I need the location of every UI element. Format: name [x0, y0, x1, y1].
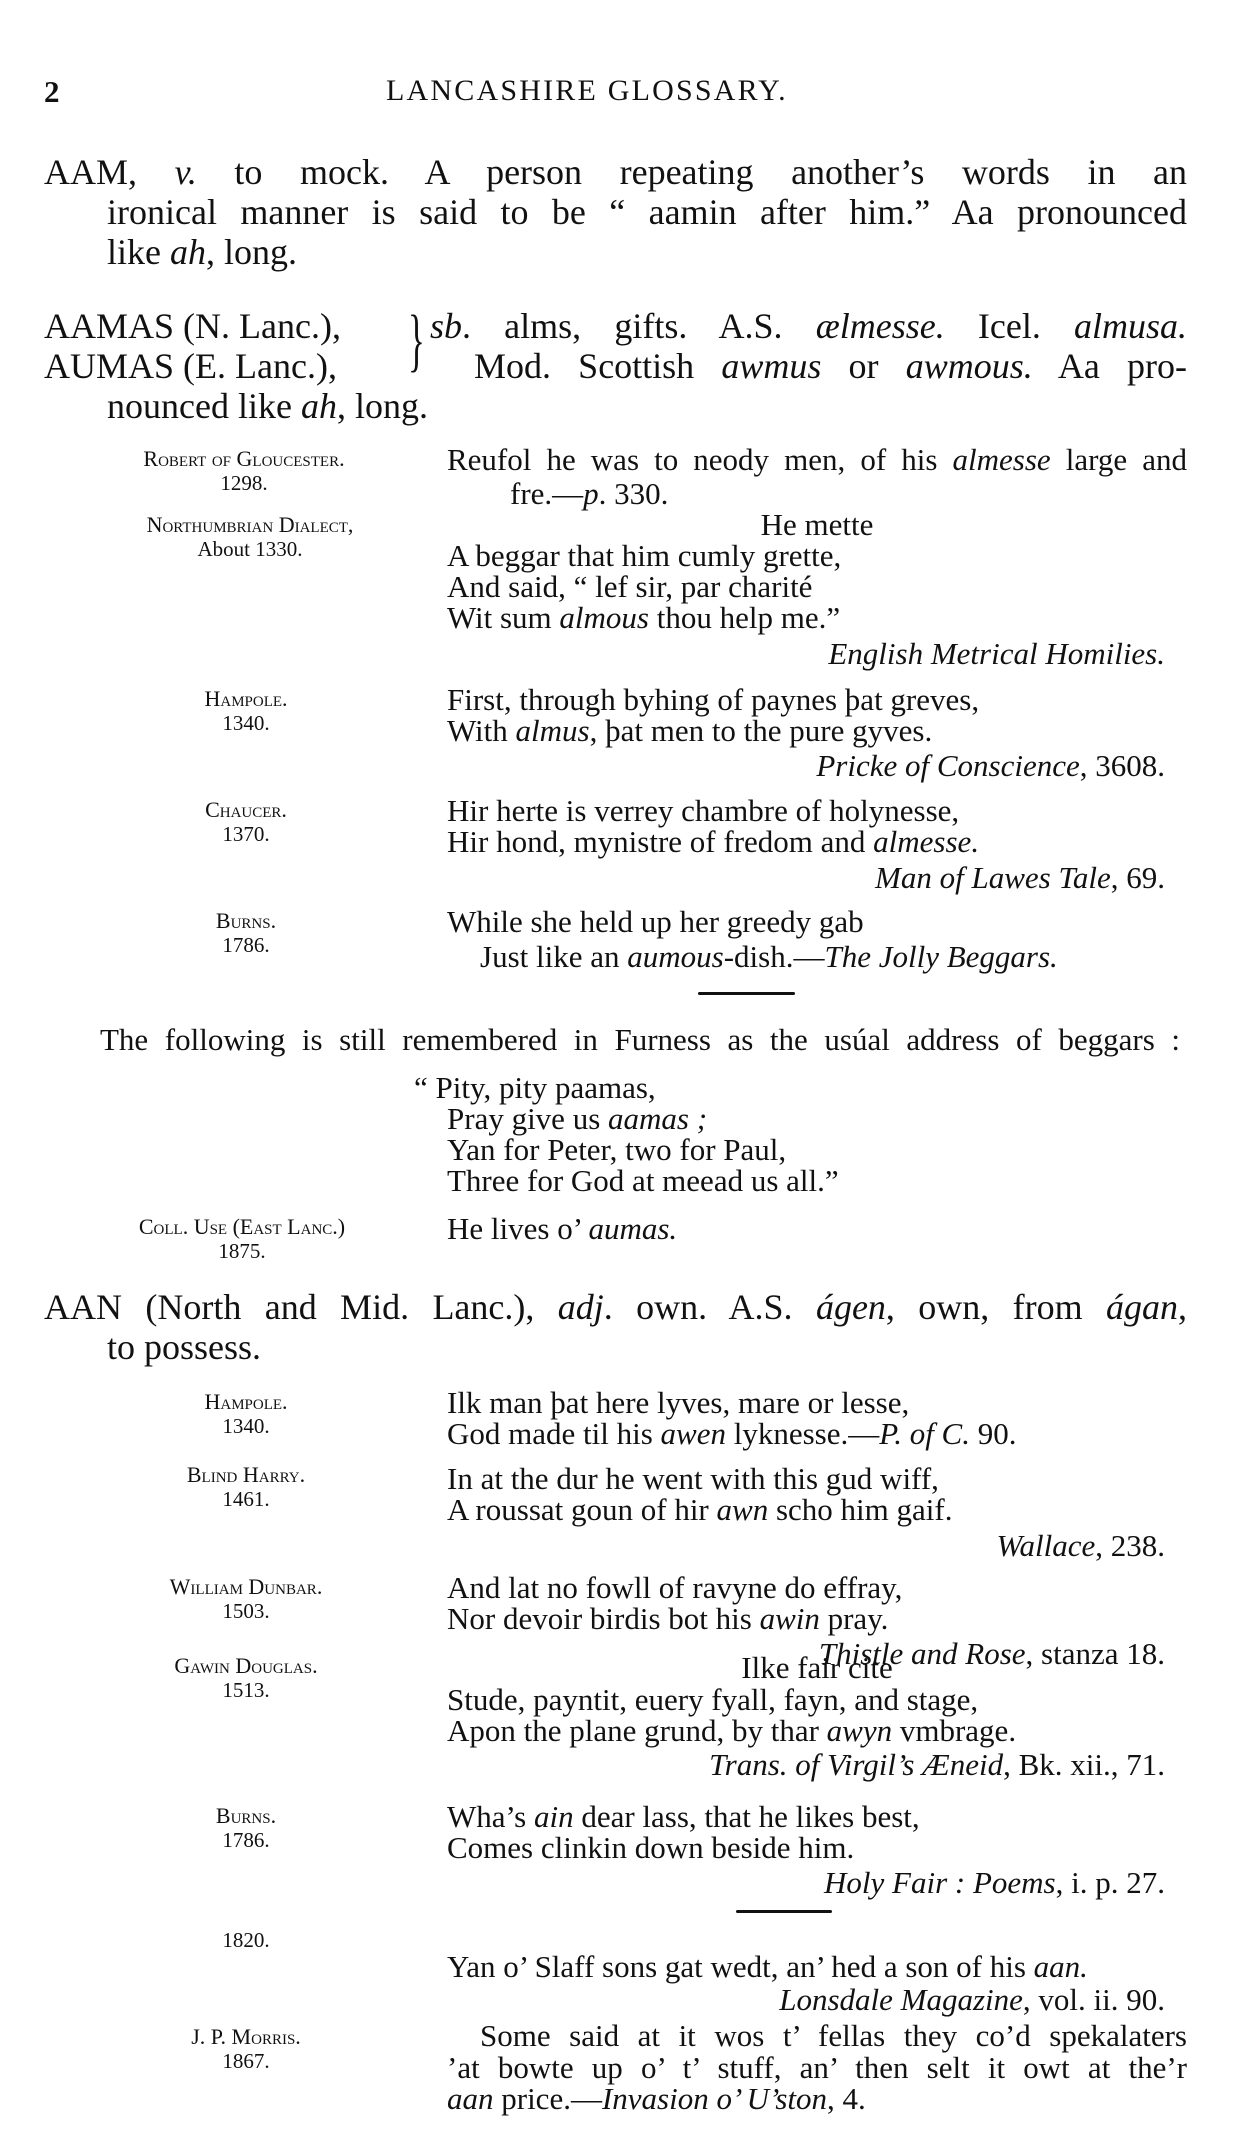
- text-line: He lives o’ aumas.: [447, 1212, 677, 1246]
- text-line: Wallace, 238.: [447, 1529, 1165, 1563]
- text-segment: Aa pro-: [1033, 346, 1187, 386]
- text-segment: lyknesse.—: [726, 1416, 879, 1451]
- text-segment: He lives o’: [447, 1211, 588, 1246]
- text-segment: Three for God at meead us all.”: [447, 1163, 839, 1198]
- text-line: like ah, long.: [107, 232, 297, 272]
- citation-author: Hampole.: [76, 1389, 416, 1414]
- text-segment: , þat men to the pure gyves.: [590, 713, 933, 748]
- italic-term: P. of C.: [879, 1416, 970, 1451]
- italic-term: ah: [301, 386, 337, 426]
- text-segment: . own. A.S.: [604, 1287, 816, 1327]
- text-segment: or: [821, 346, 905, 386]
- text-segment: scho him gaif.: [768, 1492, 952, 1527]
- text-line: While she held up her greedy gab: [447, 905, 864, 939]
- citation-source: Blind Harry.1461.: [76, 1462, 416, 1512]
- italic-term: ah: [170, 232, 206, 272]
- text-segment: , vol. ii. 90.: [1023, 1982, 1165, 2017]
- citation-source: Burns.1786.: [76, 1803, 416, 1853]
- text-line: In at the dur he went with this gud wiff…: [447, 1462, 939, 1496]
- text-segment: In at the dur he went with this gud wiff…: [447, 1461, 939, 1496]
- text-line: First, through byhing of paynes þat grev…: [447, 683, 979, 717]
- text-line: Comes clinkin down beside him.: [447, 1831, 854, 1865]
- text-line: Pray give us aamas ;: [447, 1102, 707, 1136]
- citation-source: Northumbrian Dialect,About 1330.: [80, 512, 420, 562]
- citation-year: 1340.: [76, 711, 416, 736]
- text-line: AAM, v. to mock. A person repeating anot…: [44, 152, 1187, 192]
- text-line: “ Pity, pity paamas,: [414, 1071, 656, 1105]
- italic-term: awyn: [827, 1713, 892, 1748]
- text-segment: . 330.: [599, 476, 669, 511]
- text-segment: While she held up her greedy gab: [447, 904, 864, 939]
- citation-year: 1461.: [76, 1487, 416, 1512]
- text-line: AAN (North and Mid. Lanc.), adj. own. A.…: [44, 1287, 1187, 1327]
- citation-source: Chaucer.1370.: [76, 797, 416, 847]
- text-line: And said, “ lef sir, par charité: [447, 570, 812, 604]
- text-segment: Apon the plane grund, by thar: [447, 1713, 827, 1748]
- text-line: Holy Fair : Poems, i. p. 27.: [447, 1866, 1165, 1900]
- text-line: Stude, payntit, euery fyall, fayn, and s…: [447, 1683, 978, 1717]
- text-line: Some said at it wos t’ fellas they co’d …: [480, 2019, 1187, 2053]
- text-line: Man of Lawes Tale, 69.: [447, 861, 1165, 895]
- text-line: Mod. Scottish awmus or awmous. Aa pro-: [474, 346, 1187, 386]
- citation-year: 1503.: [76, 1599, 416, 1624]
- text-segment: , 238.: [1095, 1528, 1165, 1563]
- citation-year: 1513.: [76, 1678, 416, 1703]
- text-segment: Mod. Scottish: [474, 346, 721, 386]
- text-line: And lat no fowll of ravyne do effray,: [447, 1571, 902, 1605]
- horizontal-rule: [698, 992, 795, 995]
- text-segment: ’at bowte up o’ t’ stuff, an’ then selt …: [447, 2050, 1187, 2085]
- text-segment: thou help me.”: [649, 600, 840, 635]
- citation-author: William Dunbar.: [76, 1574, 416, 1599]
- italic-term: aamas ;: [608, 1101, 707, 1136]
- text-line: A roussat goun of hir awn scho him gaif.: [447, 1493, 952, 1527]
- italic-term: The Jolly Beggars.: [824, 939, 1057, 974]
- text-line: aan price.—Invasion o’ U’ston, 4.: [447, 2082, 866, 2116]
- text-line: AAMAS (N. Lanc.),: [44, 306, 341, 346]
- text-segment: Some said at it wos t’ fellas they co’d …: [480, 2018, 1187, 2053]
- italic-term: Lonsdale Magazine: [779, 1982, 1023, 2017]
- text-segment: First, through byhing of paynes þat grev…: [447, 682, 979, 717]
- text-line: Just like an aumous-dish.—The Jolly Begg…: [480, 940, 1058, 974]
- text-line: Reufol he was to neody men, of his almes…: [447, 443, 1187, 477]
- italic-term: awin: [760, 1601, 820, 1636]
- book-page: 2 LANCASHIRE GLOSSARY. } AAM, v. to mock…: [0, 0, 1249, 2139]
- text-segment: AUMAS (E. Lanc.),: [44, 346, 337, 386]
- text-segment: He mette: [761, 507, 874, 542]
- italic-term: aan.: [1034, 1949, 1088, 1984]
- text-segment: like: [107, 232, 170, 272]
- text-segment: , long.: [337, 386, 428, 426]
- italic-term: ælmesse.: [816, 306, 945, 346]
- text-line: Hir herte is verrey chambre of holynesse…: [447, 794, 959, 828]
- text-segment: , 3608.: [1080, 748, 1165, 783]
- text-segment: pray.: [820, 1601, 889, 1636]
- text-line: Hir hond, mynistre of fredom and almesse…: [447, 825, 979, 859]
- text-segment: . alms, gifts. A.S.: [462, 306, 816, 346]
- citation-author: Coll. Use (East Lanc.): [72, 1214, 412, 1239]
- text-segment: A roussat goun of hir: [447, 1492, 717, 1527]
- citation-source: William Dunbar.1503.: [76, 1574, 416, 1624]
- text-segment: , 69.: [1111, 860, 1165, 895]
- italic-term: awn: [717, 1492, 769, 1527]
- italic-term: awen: [661, 1416, 726, 1451]
- citation-author: Chaucer.: [76, 797, 416, 822]
- text-segment: Hir hond, mynistre of fredom and: [447, 824, 873, 859]
- text-line: to possess.: [107, 1327, 261, 1367]
- text-segment: With: [447, 713, 516, 748]
- citation-source: Hampole.1340.: [76, 1389, 416, 1439]
- text-segment: , Bk. xii., 71.: [1003, 1747, 1165, 1782]
- italic-term: Holy Fair : Poems: [824, 1865, 1056, 1900]
- text-segment: , i. p. 27.: [1056, 1865, 1165, 1900]
- text-line: English Metrical Homilies.: [447, 637, 1165, 671]
- citation-source: Robert of Gloucester.1298.: [74, 446, 414, 496]
- text-segment: Wit sum: [447, 600, 559, 635]
- text-segment: A beggar that him cumly grette,: [447, 538, 841, 573]
- italic-term: p: [583, 476, 599, 511]
- text-segment: price.—: [494, 2081, 602, 2116]
- text-segment: And lat no fowll of ravyne do effray,: [447, 1570, 902, 1605]
- citation-author: Northumbrian Dialect,: [80, 512, 420, 537]
- text-line: ’at bowte up o’ t’ stuff, an’ then selt …: [447, 2051, 1187, 2085]
- text-segment: And said, “ lef sir, par charité: [447, 569, 812, 604]
- text-line: Lonsdale Magazine, vol. ii. 90.: [447, 1983, 1165, 2017]
- citation-year: 1867.: [76, 2049, 416, 2074]
- citation-author: Blind Harry.: [76, 1462, 416, 1487]
- text-segment: Yan o’ Slaff sons gat wedt, an’ hed a so…: [447, 1949, 1034, 1984]
- italic-term: Wallace: [997, 1528, 1096, 1563]
- citation-author: J. P. Morris.: [76, 2024, 416, 2049]
- text-segment: to possess.: [107, 1327, 261, 1367]
- text-segment: Pray give us: [447, 1101, 608, 1136]
- citation-source: Gawin Douglas.1513.: [76, 1653, 416, 1703]
- text-segment: large and: [1051, 442, 1187, 477]
- italic-term: Trans. of Virgil’s Æneid: [709, 1747, 1003, 1782]
- text-line: Pricke of Conscience, 3608.: [447, 749, 1165, 783]
- italic-term: adj: [558, 1287, 604, 1327]
- text-segment: ironical manner is said to be “ aamin af…: [107, 192, 1187, 232]
- text-segment: nounced like: [107, 386, 301, 426]
- text-segment: Comes clinkin down beside him.: [447, 1830, 854, 1865]
- citation-author: Burns.: [76, 908, 416, 933]
- text-segment: “ Pity, pity paamas,: [414, 1070, 656, 1105]
- citation-year: 1875.: [72, 1239, 412, 1264]
- text-line: sb. alms, gifts. A.S. ælmesse. Icel. alm…: [430, 306, 1187, 346]
- italic-term: aumas.: [588, 1211, 677, 1246]
- citation-source: Burns.1786.: [76, 908, 416, 958]
- text-segment: , own, from: [886, 1287, 1106, 1327]
- text-segment: Yan for Peter, two for Paul,: [447, 1132, 786, 1167]
- grouping-brace: }: [408, 306, 425, 376]
- text-line: The following is still remembered in Fur…: [100, 1023, 1180, 1057]
- text-segment: AAM,: [44, 152, 175, 192]
- italic-term: almusa.: [1074, 306, 1187, 346]
- text-segment: Hir herte is verrey chambre of holynesse…: [447, 793, 959, 828]
- text-line: A beggar that him cumly grette,: [447, 539, 841, 573]
- citation-year: 1298.: [74, 471, 414, 496]
- text-line: nounced like ah, long.: [107, 386, 428, 426]
- text-line: He mette: [447, 508, 1187, 542]
- text-segment: fre.—: [510, 476, 583, 511]
- text-segment: The following is still remembered in Fur…: [100, 1022, 1180, 1057]
- running-title: LANCASHIRE GLOSSARY.: [386, 74, 842, 108]
- text-line: ironical manner is said to be “ aamin af…: [107, 192, 1187, 232]
- text-segment: , long.: [206, 232, 297, 272]
- text-segment: God made til his: [447, 1416, 661, 1451]
- text-segment: Ilke fair cite: [741, 1650, 892, 1685]
- citation-source: Coll. Use (East Lanc.)1875.: [72, 1214, 412, 1264]
- italic-term: ain: [534, 1799, 574, 1834]
- italic-term: Invasion o’ U’ston: [602, 2081, 827, 2116]
- horizontal-rule: [736, 1910, 832, 1913]
- citation-source: Hampole.1340.: [76, 686, 416, 736]
- italic-term: aan: [447, 2081, 494, 2116]
- italic-term: awmous.: [906, 346, 1033, 386]
- italic-term: almus: [516, 713, 590, 748]
- text-line: Yan o’ Slaff sons gat wedt, an’ hed a so…: [447, 1950, 1088, 1984]
- text-segment: 90.: [970, 1416, 1017, 1451]
- italic-term: v.: [175, 152, 197, 192]
- text-segment: AAMAS (N. Lanc.),: [44, 306, 341, 346]
- citation-author: Burns.: [76, 1803, 416, 1828]
- italic-term: sb: [430, 306, 462, 346]
- italic-term: ágan: [1106, 1287, 1178, 1327]
- text-line: Trans. of Virgil’s Æneid, Bk. xii., 71.: [447, 1748, 1165, 1782]
- text-line: Ilk man þat here lyves, mare or lesse,: [447, 1386, 909, 1420]
- citation-year: 1820.: [76, 1928, 416, 1953]
- text-segment: Stude, payntit, euery fyall, fayn, and s…: [447, 1682, 978, 1717]
- text-line: Three for God at meead us all.”: [447, 1164, 839, 1198]
- text-line: Nor devoir birdis bot his awin pray.: [447, 1602, 888, 1636]
- citation-author: Robert of Gloucester.: [74, 446, 414, 471]
- text-line: God made til his awen lyknesse.—P. of C.…: [447, 1417, 1016, 1451]
- text-segment: ,: [1178, 1287, 1187, 1327]
- text-line: Wit sum almous thou help me.”: [447, 601, 840, 635]
- page-number: 2: [44, 74, 60, 110]
- text-line: AUMAS (E. Lanc.),: [44, 346, 337, 386]
- text-segment: Just like an: [480, 939, 627, 974]
- text-line: Ilke fair cite: [447, 1651, 1187, 1685]
- citation-year: 1340.: [76, 1414, 416, 1439]
- italic-term: ágen: [816, 1287, 886, 1327]
- text-line: With almus, þat men to the pure gyves.: [447, 714, 932, 748]
- text-segment: vmbrage.: [892, 1713, 1016, 1748]
- text-segment: to mock. A person repeating another’s wo…: [197, 152, 1187, 192]
- text-segment: , 4.: [827, 2081, 866, 2116]
- citation-year: 1786.: [76, 933, 416, 958]
- italic-term: aumous: [627, 939, 723, 974]
- text-line: Apon the plane grund, by thar awyn vmbra…: [447, 1714, 1016, 1748]
- text-line: Yan for Peter, two for Paul,: [447, 1133, 786, 1167]
- text-line: Wha’s ain dear lass, that he likes best,: [447, 1800, 920, 1834]
- text-segment: Wha’s: [447, 1799, 534, 1834]
- text-segment: Reufol he was to neody men, of his: [447, 442, 953, 477]
- italic-term: awmus: [721, 346, 821, 386]
- italic-term: Man of Lawes Tale: [875, 860, 1111, 895]
- text-segment: Nor devoir birdis bot his: [447, 1601, 760, 1636]
- citation-author: Hampole.: [76, 686, 416, 711]
- italic-term: almous: [559, 600, 649, 635]
- italic-term: English Metrical Homilies.: [828, 636, 1165, 671]
- citation-year: 1370.: [76, 822, 416, 847]
- citation-year: 1786.: [76, 1828, 416, 1853]
- text-line: fre.—p. 330.: [510, 477, 668, 511]
- citation-year: About 1330.: [80, 537, 420, 562]
- citation-author: Gawin Douglas.: [76, 1653, 416, 1678]
- italic-term: almesse.: [873, 824, 979, 859]
- citation-source: J. P. Morris.1867.: [76, 2024, 416, 2074]
- text-segment: Ilk man þat here lyves, mare or lesse,: [447, 1385, 909, 1420]
- citation-source: 1820.: [76, 1928, 416, 1953]
- italic-term: almesse: [953, 442, 1051, 477]
- text-segment: -dish.—: [724, 939, 825, 974]
- text-segment: dear lass, that he likes best,: [574, 1799, 920, 1834]
- italic-term: Pricke of Conscience: [816, 748, 1079, 783]
- text-segment: AAN (North and Mid. Lanc.),: [44, 1287, 558, 1327]
- text-segment: Icel.: [945, 306, 1074, 346]
